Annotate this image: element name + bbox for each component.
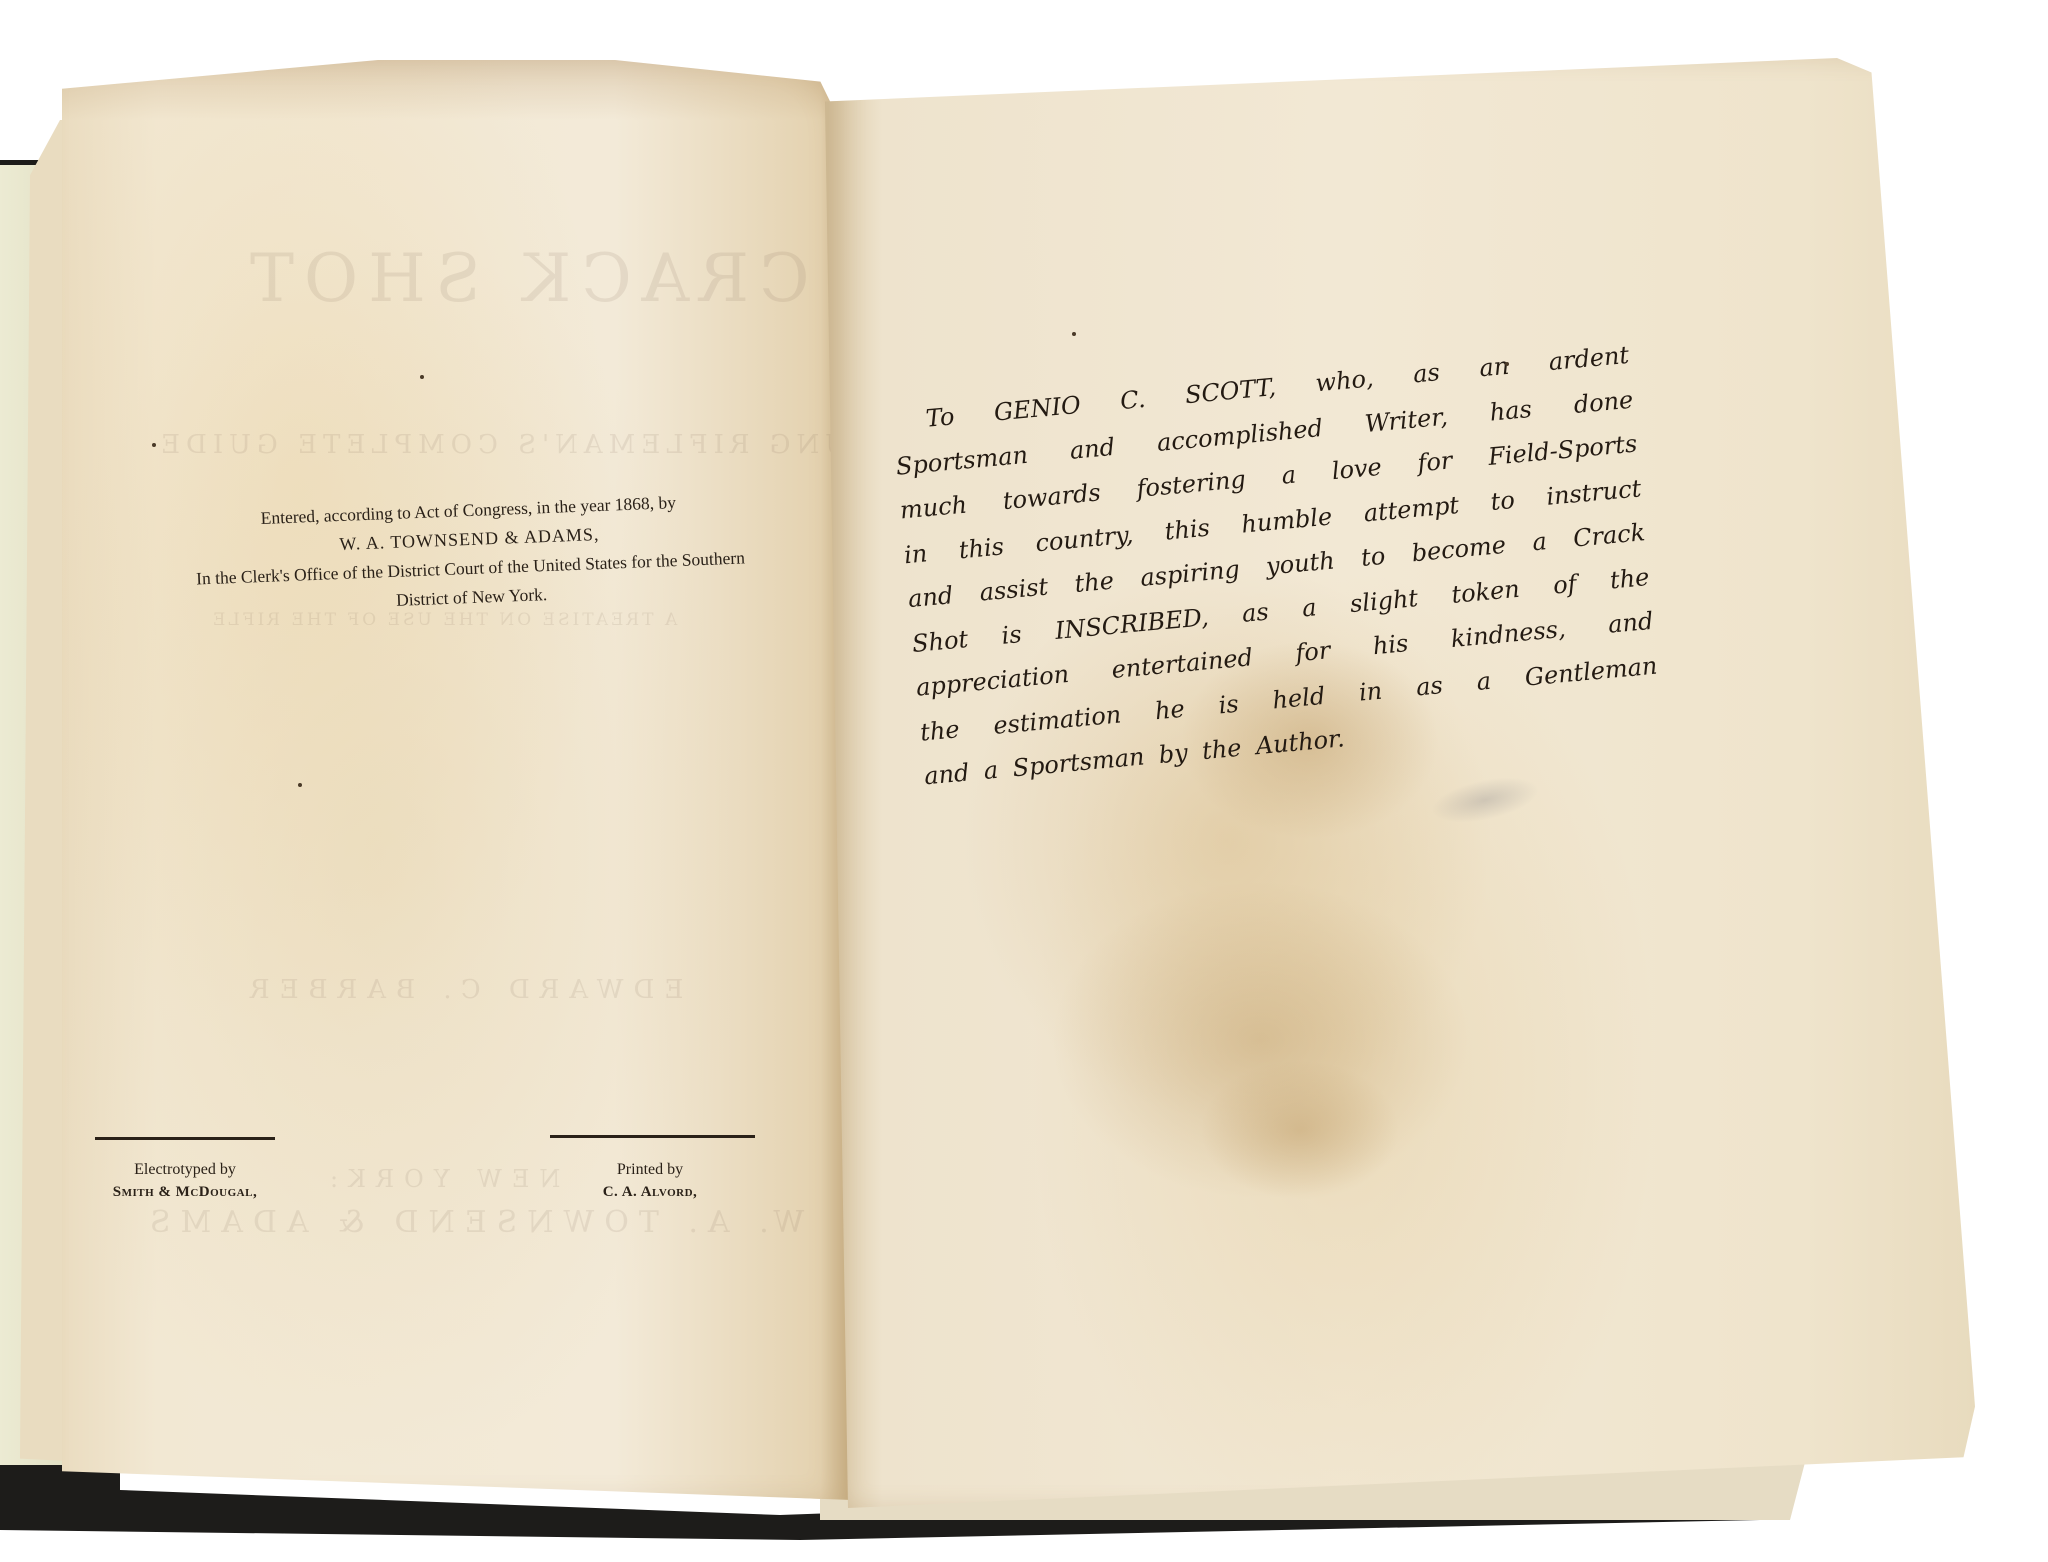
dedication-text: To GENIO C. SCOTT, who, as an ardent Spo… (890, 333, 1663, 799)
rule-right (550, 1135, 755, 1138)
credit-electrotyped-name: Smith & McDougal, (90, 1181, 280, 1204)
credit-electrotyped: Electrotyped by Smith & McDougal, (90, 1158, 280, 1204)
paper-speck (298, 783, 302, 787)
paper-speck (1505, 362, 1509, 366)
credit-printed-label: Printed by (555, 1158, 745, 1181)
paper-speck (152, 443, 156, 447)
foxing-stain (1200, 1060, 1400, 1200)
book-photo: CRACK SHOT THE YOUNG RIFLEMAN'S COMPLETE… (0, 0, 2048, 1562)
ghost-title: CRACK SHOT (240, 240, 810, 317)
credit-electrotyped-label: Electrotyped by (90, 1158, 280, 1181)
credit-printed: Printed by C. A. Alvord, (555, 1158, 745, 1204)
paper-speck (1072, 332, 1076, 336)
ghost-author: EDWARD C. BARBER (240, 975, 683, 1005)
paper-speck (420, 375, 424, 379)
ghost-city: NEW YORK: (320, 1165, 560, 1193)
rule-left (95, 1137, 275, 1140)
ghost-publisher: W. A. TOWNSEND & ADAMS (140, 1205, 804, 1240)
credit-printed-name: C. A. Alvord, (555, 1181, 745, 1204)
